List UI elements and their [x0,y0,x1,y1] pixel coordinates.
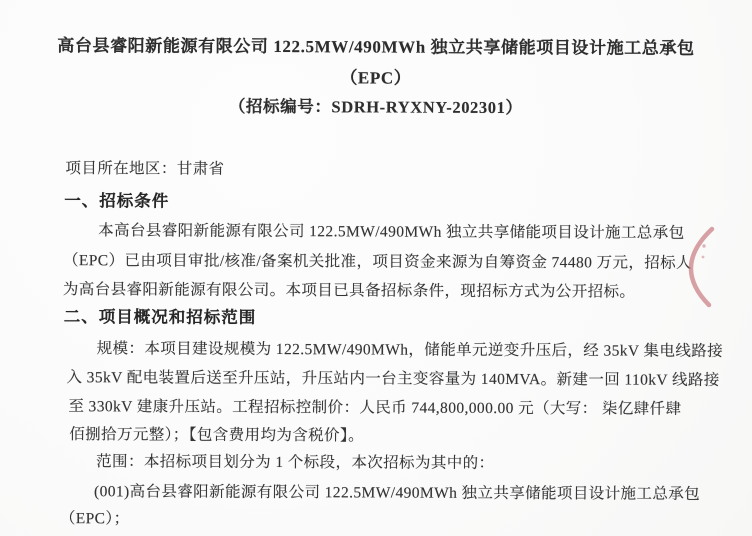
section2-scale-line: 入 35kV 配电装置后送至升压站，升压站内一台主变容量为 140MVA。新建一… [66,369,719,390]
section2-scale-line: 佰捌拾万元整）；【包含费用均为含税价】。 [69,426,364,445]
section2-heading: 二、项目概况和招标范围 [64,308,257,328]
project-location-line: 项目所在地区：甘肃省 [65,160,224,179]
section1-paragraph-line: （EPC）已由项目审批/核准/备案机关批准，项目资金来源为自筹资金 74480 … [63,252,692,273]
section2-lot-line: （EPC）； [60,510,130,528]
document-content: 高台县睿阳新能源有限公司 122.5MW/490MWh 独立共享储能项目设计施工… [0,0,752,536]
scanned-document-page: 高台县睿阳新能源有限公司 122.5MW/490MWh 独立共享储能项目设计施工… [0,0,752,536]
document-title-line2: （EPC） [0,67,752,90]
section1-heading: 一、招标条件 [64,192,169,211]
section2-lot-line: (001)高台县睿阳新能源有限公司 122.5MW/490MWh 独立共享储能项… [94,483,700,503]
section2-scale-line: 规模：本项目建设规模为 122.5MW/490MWh，储能单元逆变升压后，经 3… [97,340,723,361]
document-title-line1: 高台县睿阳新能源有限公司 122.5MW/490MWh 独立共享储能项目设计施工… [0,36,752,59]
section2-scope-line: 范围：本招标项目划分为 1 个标段，本次招标为其中的： [96,453,494,473]
section2-scale-line: 至 330kV 建康升压站。工程招标控制价：人民币 744,800,000.00… [68,398,681,418]
tender-number-line: （招标编号：SDRH-RYXNY-202301） [0,97,752,119]
section1-paragraph-line: 本高台县睿阳新能源有限公司 122.5MW/490MWh 独立共享储能项目设计施… [98,222,684,242]
section1-paragraph-line: 为高台县睿阳新能源有限公司。本项目已具备招标条件，现招标方式为公开招标。 [63,281,635,301]
